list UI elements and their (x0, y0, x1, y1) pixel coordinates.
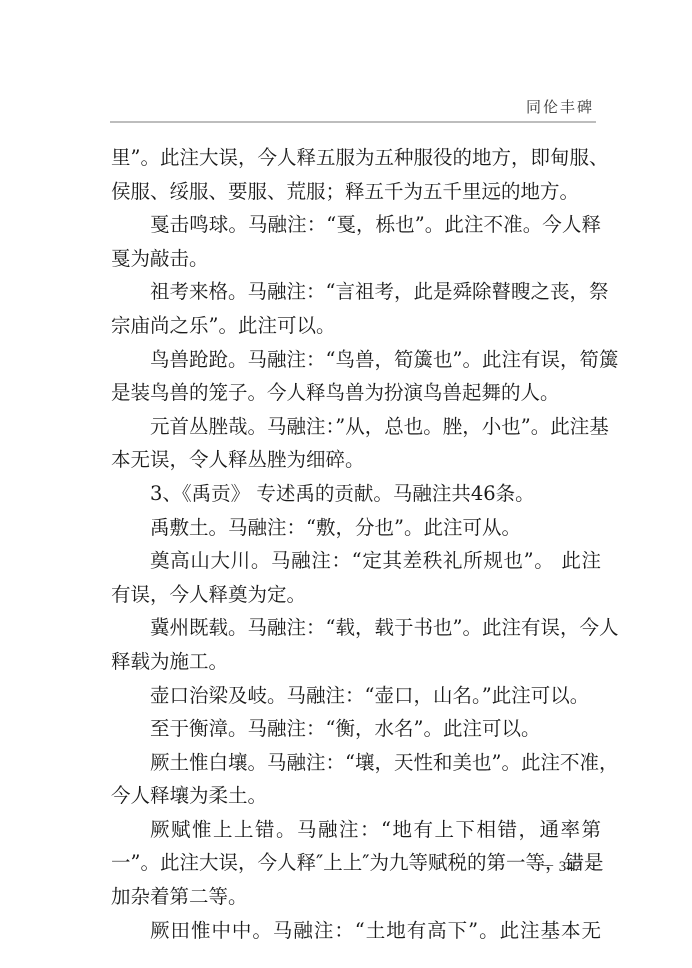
text-line: 至于衡漳。马融注：“衡，水名”。此注可以。 (111, 712, 601, 746)
text-line: 有误，今人释奠为定。 (111, 578, 601, 612)
text-line: 厥土惟白壤。马融注：“壤，天性和美也”。此注不准， (111, 746, 601, 780)
text-line: 加杂着第二等。 (111, 880, 601, 914)
text-line: 侯服、绥服、要服、荒服；释五千为五千里远的地方。 (111, 175, 601, 209)
text-line: 元首丛脞哉。马融注：”从，总也。脞，小也”。此注基 (111, 410, 601, 444)
text-line: 宗庙尚之乐”。此注可以。 (111, 309, 601, 343)
text-line: 今人释壤为柔土。 (111, 779, 601, 813)
text-line: 祖考来格。马融注：“言祖考，此是舜除瞽瞍之丧，祭 (111, 275, 601, 309)
text-line: 奠高山大川。马融注：“定其差秩礼所规也”。 此注 (111, 544, 601, 578)
text-line: 里”。此注大误，今人释五服为五种服役的地方，即甸服、 (111, 141, 601, 175)
text-line: 戛为敲击。 (111, 242, 601, 276)
header-divider (110, 121, 596, 123)
text-line: 禹敷土。马融注：“敷，分也”。此注可从。 (111, 511, 601, 545)
page-number: － 347 － (530, 855, 600, 876)
text-line: 鸟兽跄跄。马融注：“鸟兽，筍簴也”。此注有误，筍簴 (111, 343, 601, 377)
text-line: 冀州既载。马融注：“载，载于书也”。此注有误，今人 (111, 611, 601, 645)
text-line: 戛击鸣球。马融注：“戛，栎也”。此注不准。今人释 (111, 208, 601, 242)
running-header: 同伦丰碑 (110, 96, 596, 118)
section-heading-line: 3、《禹贡》 专述禹的贡献。马融注共46条。 (111, 477, 601, 511)
text-line: 是装鸟兽的笼子。今人释鸟兽为扮演鸟兽起舞的人。 (111, 376, 601, 410)
text-line: 厥田惟中中。马融注：“土地有高下”。此注基本无 (111, 914, 601, 948)
text-line: 释载为施工。 (111, 645, 601, 679)
text-line: 壶口治梁及岐。马融注：“壶口，山名。”此注可以。 (111, 679, 601, 713)
body-text: 里”。此注大误，今人释五服为五种服役的地方，即甸服、 侯服、绥服、要服、荒服；释… (111, 141, 601, 947)
text-line: 本无误，令人释丛脞为细碎。 (111, 443, 601, 477)
text-line: 一”。此注大误，今人释″上上″为九等赋税的第一等，错是 (111, 846, 601, 880)
running-title: 同伦丰碑 (526, 96, 594, 117)
text-line: 厥赋惟上上错。马融注：“地有上下相错，通率第 (111, 813, 601, 847)
